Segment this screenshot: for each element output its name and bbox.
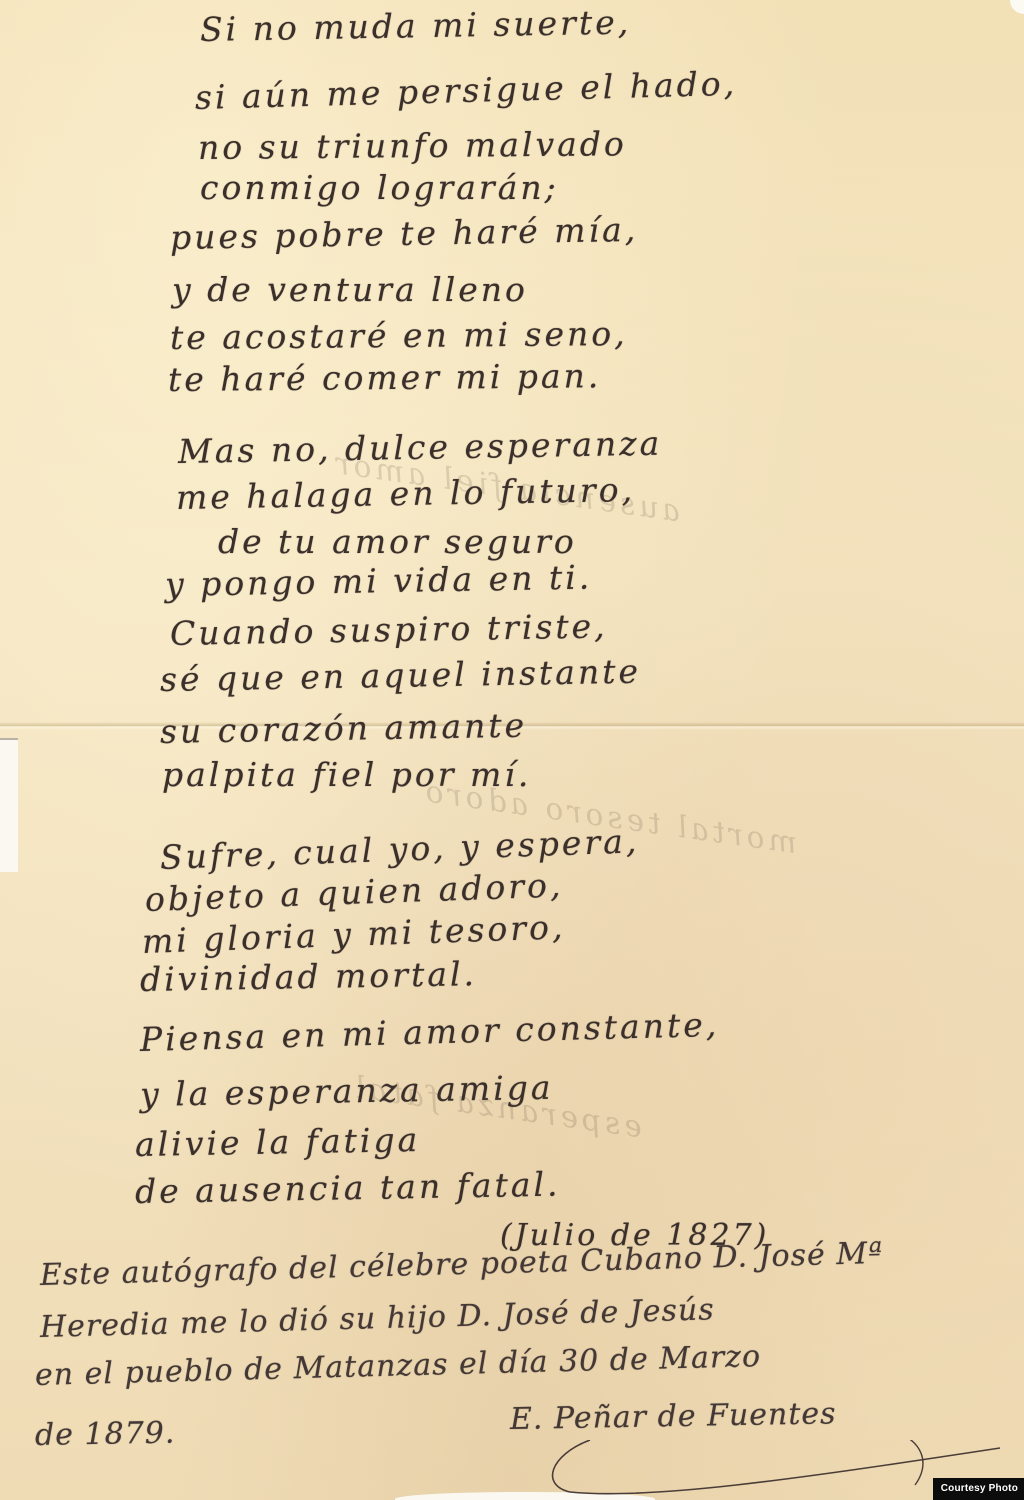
poem-line: y la esperanza amiga	[140, 1068, 554, 1114]
annotation-line: de 1879.	[35, 1416, 176, 1453]
left-edge-tear	[0, 738, 18, 872]
poem-line: no su triunfo malvado	[198, 124, 627, 167]
poem-line: de ausencia tan fatal.	[135, 1165, 561, 1211]
poem-line: Cuando suspiro triste,	[170, 606, 608, 653]
poem-line: pues pobre te haré mía,	[170, 210, 639, 257]
signature: E. Peñar de Fuentes	[510, 1396, 837, 1437]
manuscript-page: ausencia fiel amor mortal tesoro adoro e…	[0, 0, 1024, 1500]
poem-line: Piensa en mi amor constante,	[139, 1005, 719, 1059]
poem-line: me halaga en lo futuro,	[176, 470, 636, 517]
poem-line: te haré comer mi pan.	[168, 356, 602, 399]
poem-line: te acostaré en mi seno,	[170, 314, 628, 357]
poem-line: Sufre, cual yo, y espera,	[159, 821, 640, 877]
page-corner-damage	[1010, 0, 1024, 14]
poem-line: su corazón amante	[160, 706, 528, 751]
poem-line: Si no muda mi suerte,	[200, 2, 632, 49]
poem-line: palpita fiel por mí.	[162, 755, 531, 794]
poem-line: conmigo lograrán;	[200, 168, 559, 207]
poem-line: alivie la fatiga	[135, 1120, 421, 1164]
photo-credit-label: Courtesy Photo	[933, 1478, 1024, 1500]
poem-line: de tu amor seguro	[218, 522, 577, 561]
annotation-line: Este autógrafo del célebre poeta Cubano …	[40, 1236, 884, 1293]
poem-line: si aún me persigue el hado,	[194, 64, 737, 117]
poem-line: Mas no, dulce esperanza	[178, 424, 663, 471]
poem-line: y pongo mi vida en ti.	[165, 558, 593, 604]
poem-line: divinidad mortal.	[140, 954, 478, 999]
annotation-line: en el pueblo de Matanzas el día 30 de Ma…	[35, 1339, 762, 1393]
poem-line: sé que en aquel instante	[160, 652, 642, 699]
poem-line: y de ventura lleno	[172, 270, 528, 309]
annotation-line: Heredia me lo dió su hijo D. José de Jes…	[40, 1292, 716, 1345]
